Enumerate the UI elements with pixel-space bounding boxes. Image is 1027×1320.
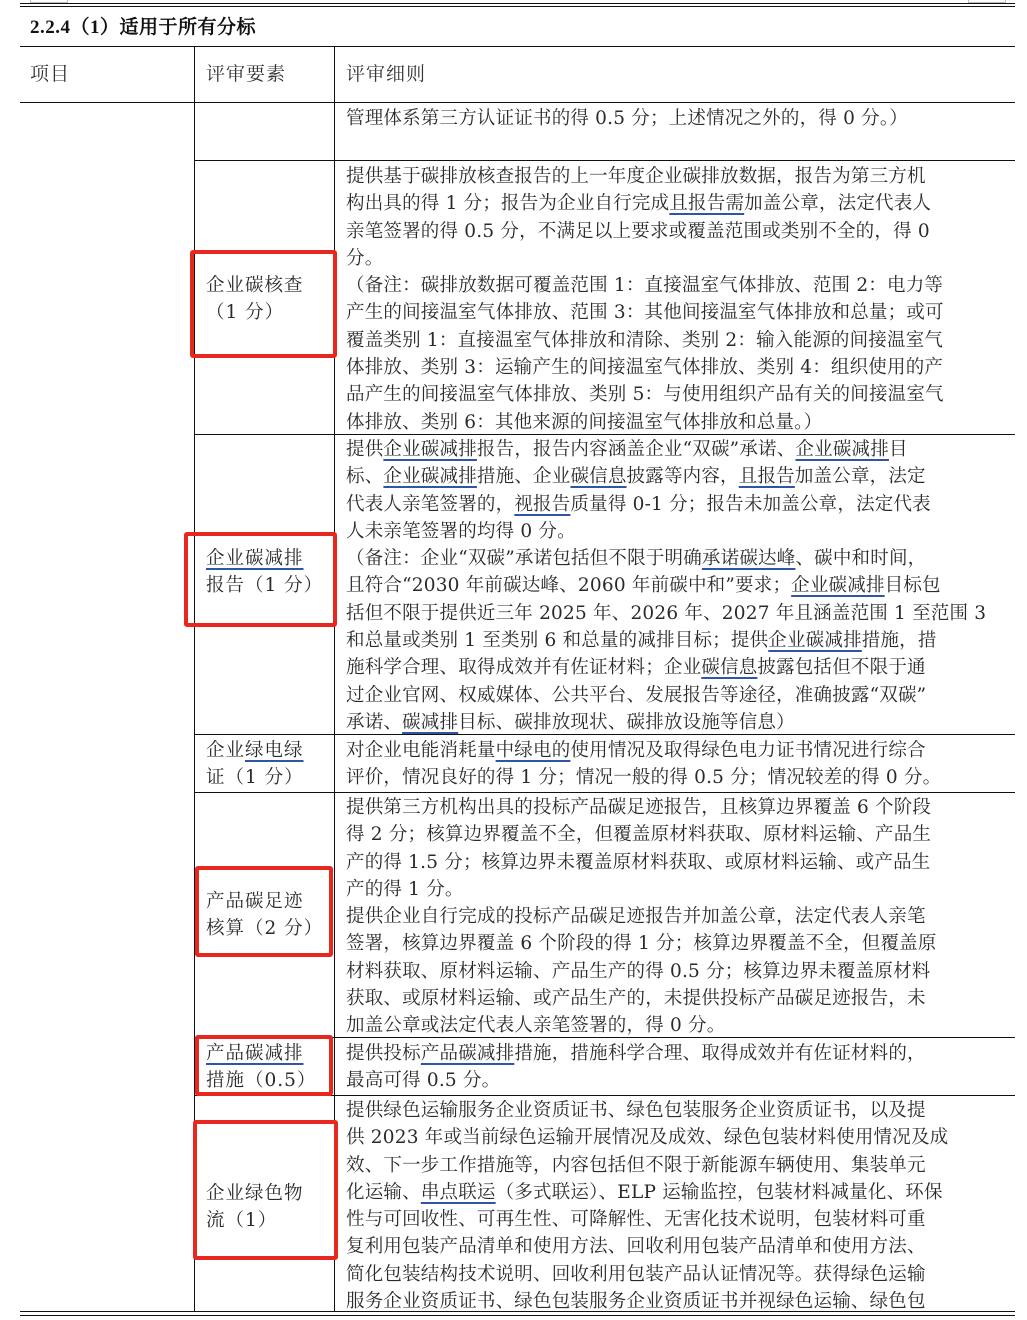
text-segment: 目标包 — [885, 575, 941, 596]
text-segment: 人未亲笔签署的均得 0 分。 — [346, 521, 576, 542]
section-title: 2.2.4（1）适用于所有分标 — [30, 12, 256, 44]
factor-line: 企业绿电绿 — [206, 737, 332, 764]
text-segment: 最高可得 0.5 分。 — [346, 1070, 500, 1091]
text-segment: 括但不限于提供近三年 2025 年、2026 年、2027 年且涵盖范围 1 至… — [346, 603, 986, 624]
detail-line: 提供投标产品碳减排措施，措施科学合理、取得成效并有佐证材料的， — [346, 1040, 1010, 1067]
detail-line: 提供绿色运输服务企业资质证书、绿色包装服务企业资质证书，以及提 — [346, 1097, 1010, 1124]
title-rule — [20, 46, 1015, 47]
text-segment: 措施，措施科学合理、取得成效并有佐证材料的， — [514, 1043, 925, 1064]
linked-term: 企业碳减排 — [383, 466, 477, 487]
header-factor: 评审要素 — [206, 46, 286, 103]
linked-term: 企业碳减排 — [383, 439, 477, 460]
detail-line: （备注：碳排放数据可覆盖范围 1：直接温室气体排放、范围 2：电力等 — [346, 272, 1010, 299]
detail-line: 产的得 1 分。 — [346, 876, 1010, 903]
linked-term: 且报告需 — [669, 193, 744, 214]
linked-term: 碳减排 — [402, 712, 458, 733]
text-segment: 评价，情况良好的得 1 分；情况一般的得 0.5 分；情况较差的得 0 分。 — [346, 767, 941, 788]
text-segment: 对企业电能消耗量 — [346, 740, 496, 761]
text-segment: 提供 — [346, 439, 383, 460]
detail-line: 提供企业碳减排报告，报告内容涵盖企业“双碳”承诺、企业碳减排目 — [346, 436, 1010, 463]
text-segment: 产的得 1 分。 — [346, 879, 464, 900]
text-segment: 复利用包装产品清单和使用方法、回收利用包装产品清单和使用方法、 — [346, 1236, 926, 1257]
detail-cell-continuation: 管理体系第三方认证证书的得 0.5 分；上述情况之外的，得 0 分。） — [346, 105, 1010, 132]
linked-term: 中绿电的 — [496, 740, 571, 761]
linked-term: 碳信息 — [701, 657, 757, 678]
header-detail: 评审细则 — [346, 46, 426, 103]
detail-line: 亲笔签署的得 0.5 分，不满足以上要求或覆盖范围或类别不全的，得 0 — [346, 218, 1010, 245]
text-segment: （备注：企业“双碳”承诺包括但不限于明确 — [346, 548, 702, 569]
detail-line: 复利用包装产品清单和使用方法、回收利用包装产品清单和使用方法、 — [346, 1233, 1010, 1260]
detail-line: （备注：企业“双碳”承诺包括但不限于明确承诺碳达峰、碳中和时间， — [346, 545, 1010, 572]
text-segment: 产的得 1.5 分；核算边界未覆盖原材料获取、或原材料运输、或产品生 — [346, 852, 931, 873]
text-segment: 提供投标 — [346, 1043, 421, 1064]
detail-line: 过企业官网、权威媒体、公共平台、发展报告等途径，准确披露“双碳” — [346, 682, 1010, 709]
detail-line: 对企业电能消耗量中绿电的使用情况及取得绿色电力证书情况进行综合 — [346, 737, 1010, 764]
detail-line: 化运输、串点联运（多式联运）、ELP 运输监控，包装材料减量化、环保 — [346, 1179, 1010, 1206]
detail-line: 分。 — [346, 245, 1010, 272]
text-segment: 代表人亲笔签署的， — [346, 494, 514, 515]
text-segment: 和总量或类别 1 至类别 6 和总量的减排目标；提供 — [346, 630, 768, 651]
text-segment: 获取、或原材料运输、或产品生产的，未提供投标产品碳足迹报告，未 — [346, 988, 926, 1009]
detail-line: 括但不限于提供近三年 2025 年、2026 年、2027 年且涵盖范围 1 至… — [346, 600, 1010, 627]
detail-line: 且符合“2030 年前碳达峰、2060 年前碳中和”要求；企业碳减排目标包 — [346, 572, 1010, 599]
text-segment: 服务企业资质证书、绿色包装服务企业资质证书并视绿色运输、绿色包 — [346, 1291, 926, 1312]
text-segment: 得 2 分；核算边界覆盖不全，但覆盖原材料获取、原材料运输、产品生 — [346, 824, 931, 845]
text-segment: 加盖公章，法定代表人 — [744, 193, 931, 214]
text-segment: 措施、企业 — [477, 466, 571, 487]
text-segment: 体排放、类别 6：其他来源的间接温室气体排放和总量。） — [346, 412, 822, 433]
text-segment: 提供基于碳排放核查报告的上一年度企业碳排放数据，报告为第三方机 — [346, 166, 926, 187]
linked-term: 承诺碳达峰 — [702, 548, 796, 569]
detail-line: 提供基于碳排放核查报告的上一年度企业碳排放数据，报告为第三方机 — [346, 163, 1010, 190]
linked-term: 产品碳减排 — [421, 1043, 515, 1064]
detail-line: 覆盖类别 1：直接温室气体排放和清除、类别 2：输入能源的间接温室气 — [346, 327, 1010, 354]
text-segment: 材料获取、原材料运输、产品生产的得 0.5 分；核算边界未覆盖原材料 — [346, 961, 931, 982]
detail-line: 获取、或原材料运输、或产品生产的，未提供投标产品碳足迹报告，未 — [346, 985, 1010, 1012]
text-segment: 使用情况及取得绿色电力证书情况进行综合 — [570, 740, 925, 761]
detail-line: 施科学合理、取得成效并有佐证材料；企业碳信息披露包括但不限于通 — [346, 654, 1010, 681]
text-segment: 质量得 0-1 分；报告未加盖公章，法定代表 — [570, 494, 930, 515]
detail-cell-product-carbon-reduction: 提供投标产品碳减排措施，措施科学合理、取得成效并有佐证材料的，最高可得 0.5 … — [346, 1040, 1010, 1095]
detail-line: 简化包装结构技术说明、回收利用包装产品认证情况等。获得绿色运输 — [346, 1261, 1010, 1288]
text-segment: 施科学合理、取得成效并有佐证材料；企业 — [346, 657, 701, 678]
header-item: 项目 — [30, 46, 70, 103]
text-segment: 亲笔签署的得 0.5 分，不满足以上要求或覆盖范围或类别不全的，得 0 — [346, 221, 930, 242]
text-segment: 报告，报告内容涵盖企业“双碳”承诺、 — [477, 439, 796, 460]
linked-term: 串点联运 — [421, 1182, 496, 1203]
highlight-box — [195, 1035, 333, 1096]
text-segment: 构出具的得 1 分；报告为企业自行完成 — [346, 193, 669, 214]
row-rule — [194, 792, 1015, 793]
text-segment: 产生的间接温室气体排放、范围 3：其他间接温室气体排放和总量；或可 — [346, 302, 944, 323]
detail-line: 人未亲笔签署的均得 0 分。 — [346, 518, 1010, 545]
text-segment: 加盖公章或法定代表人亲笔签署的，得 0 分。 — [346, 1015, 725, 1036]
detail-line: 加盖公章或法定代表人亲笔签署的，得 0 分。 — [346, 1012, 1010, 1039]
detail-cell-green-logistics: 提供绿色运输服务企业资质证书、绿色包装服务企业资质证书，以及提供 2023 年或… — [346, 1097, 1010, 1315]
detail-line: 提供第三方机构出具的投标产品碳足迹报告，且核算边界覆盖 6 个阶段 — [346, 794, 1010, 821]
highlight-box — [193, 1120, 338, 1260]
text-segment: 措施，措 — [862, 630, 937, 651]
detail-line: 品产生的间接温室气体排放、类别 5：与使用组织产品有关的间接温室气 — [346, 381, 1010, 408]
detail-line: 提供企业自行完成的投标产品碳足迹报告并加盖公章，法定代表人亲笔 — [346, 903, 1010, 930]
linked-term: 碳信息 — [570, 466, 626, 487]
linked-term: 企业碳减排 — [791, 575, 885, 596]
detail-line: 产的得 1.5 分；核算边界未覆盖原材料获取、或原材料运输、或产品生 — [346, 849, 1010, 876]
text-segment: 性与可回收性、可再生性、可降解性、无害化技术说明，包装材料可重 — [346, 1209, 926, 1230]
linked-term: 且报告 — [739, 466, 795, 487]
highlight-box — [195, 866, 333, 957]
highlight-box — [184, 532, 337, 627]
detail-cell-carbon-verification: 提供基于碳排放核查报告的上一年度企业碳排放数据，报告为第三方机构出具的得 1 分… — [346, 163, 1010, 436]
linked-term: 企业碳减排 — [795, 439, 889, 460]
detail-line: 产生的间接温室气体排放、范围 3：其他间接温室气体排放和总量；或可 — [346, 299, 1010, 326]
text-segment: 标、 — [346, 466, 383, 487]
detail-line: 得 2 分；核算边界覆盖不全，但覆盖原材料获取、原材料运输、产品生 — [346, 821, 1010, 848]
detail-line: 材料获取、原材料运输、产品生产的得 0.5 分；核算边界未覆盖原材料 — [346, 958, 1010, 985]
text-segment: 加盖公章，法定 — [795, 466, 926, 487]
text-segment: 披露包括但不限于通 — [757, 657, 925, 678]
detail-line: 管理体系第三方认证证书的得 0.5 分；上述情况之外的，得 0 分。） — [346, 105, 1010, 132]
bottom-double-rule — [20, 1311, 1015, 1316]
text-segment: 简化包装结构技术说明、回收利用包装产品认证情况等。获得绿色运输 — [346, 1264, 926, 1285]
text-segment: 承诺、 — [346, 712, 402, 733]
text-segment: 化运输、 — [346, 1182, 421, 1203]
text-segment: 、碳中和时间， — [795, 548, 926, 569]
text-segment: （备注：碳排放数据可覆盖范围 1：直接温室气体排放、范围 2：电力等 — [346, 275, 943, 296]
text-segment: 目标、碳排放现状、碳排放设施等信息） — [458, 712, 795, 733]
text-segment: 效、下一步工作措施等，内容包括但不限于新能源车辆使用、集装单元 — [346, 1155, 926, 1176]
text-segment: 过企业官网、权威媒体、公共平台、发展报告等途径，准确披露“双碳” — [346, 685, 926, 706]
text-segment: 覆盖类别 1：直接温室气体排放和清除、类别 2：输入能源的间接温室气 — [346, 330, 943, 351]
text-segment: （多式联运）、ELP 运输监控，包装材料减量化、环保 — [496, 1182, 943, 1203]
linked-term: 企业碳减排 — [768, 630, 862, 651]
detail-line: 和总量或类别 1 至类别 6 和总量的减排目标；提供企业碳减排措施，措 — [346, 627, 1010, 654]
detail-line: 签署，核算边界覆盖 6 个阶段的得 1 分；核算边界覆盖不全，但覆盖原 — [346, 930, 1010, 957]
detail-line: 体排放、类别 6：其他来源的间接温室气体排放和总量。） — [346, 409, 1010, 436]
detail-cell-carbon-reduction-report: 提供企业碳减排报告，报告内容涵盖企业“双碳”承诺、企业碳减排目标、企业碳减排措施… — [346, 436, 1010, 736]
highlight-box — [190, 250, 337, 358]
header-rule — [20, 102, 1015, 103]
detail-line: 评价，情况良好的得 1 分；情况一般的得 0.5 分；情况较差的得 0 分。 — [346, 764, 1010, 791]
text-segment: 品产生的间接温室气体排放、类别 5：与使用组织产品有关的间接温室气 — [346, 384, 944, 405]
detail-line: 体排放、类别 3：运输产生的间接温室气体排放、类别 4：组织使用的产 — [346, 354, 1010, 381]
detail-line: 效、下一步工作措施等，内容包括但不限于新能源车辆使用、集装单元 — [346, 1152, 1010, 1179]
text-segment: 签署，核算边界覆盖 6 个阶段的得 1 分；核算边界覆盖不全，但覆盖原 — [346, 933, 937, 954]
detail-line: 代表人亲笔签署的，视报告质量得 0-1 分；报告未加盖公章，法定代表 — [346, 491, 1010, 518]
text-segment: 体排放、类别 3：运输产生的间接温室气体排放、类别 4：组织使用的产 — [346, 357, 943, 378]
text-segment: 提供企业自行完成的投标产品碳足迹报告并加盖公章，法定代表人亲笔 — [346, 906, 926, 927]
factor-line: 证（1 分） — [206, 764, 332, 791]
detail-cell-product-carbon-footprint: 提供第三方机构出具的投标产品碳足迹报告，且核算边界覆盖 6 个阶段得 2 分；核… — [346, 794, 1010, 1040]
detail-line: 构出具的得 1 分；报告为企业自行完成且报告需加盖公章，法定代表人 — [346, 190, 1010, 217]
text-segment: 目 — [889, 439, 908, 460]
text-segment: 供 2023 年或当前绿色运输开展情况及成效、绿色包装材料使用情况及成 — [346, 1127, 948, 1148]
detail-line: 承诺、碳减排目标、碳排放现状、碳排放设施等信息） — [346, 709, 1010, 736]
text-segment: 提供绿色运输服务企业资质证书、绿色包装服务企业资质证书，以及提 — [346, 1100, 926, 1121]
text-segment: 且符合“2030 年前碳达峰、2060 年前碳中和”要求； — [346, 575, 791, 596]
text-segment: 分。 — [346, 248, 383, 269]
detail-line: 供 2023 年或当前绿色运输开展情况及成效、绿色包装材料使用情况及成 — [346, 1124, 1010, 1151]
factor-cell-green-power-cert: 企业绿电绿 证（1 分） — [206, 737, 332, 792]
top-double-rule — [20, 3, 1015, 7]
detail-line: 性与可回收性、可再生性、可降解性、无害化技术说明，包装材料可重 — [346, 1206, 1010, 1233]
detail-line: 最高可得 0.5 分。 — [346, 1067, 1010, 1094]
text-segment: 提供第三方机构出具的投标产品碳足迹报告，且核算边界覆盖 6 个阶段 — [346, 797, 931, 818]
detail-line: 标、企业碳减排措施、企业碳信息披露等内容，且报告加盖公章，法定 — [346, 463, 1010, 490]
row-rule — [194, 160, 1015, 161]
text-segment: 披露等内容， — [627, 466, 739, 487]
linked-term: 视报告 — [514, 494, 570, 515]
detail-cell-green-power-cert: 对企业电能消耗量中绿电的使用情况及取得绿色电力证书情况进行综合评价，情况良好的得… — [346, 737, 1010, 792]
